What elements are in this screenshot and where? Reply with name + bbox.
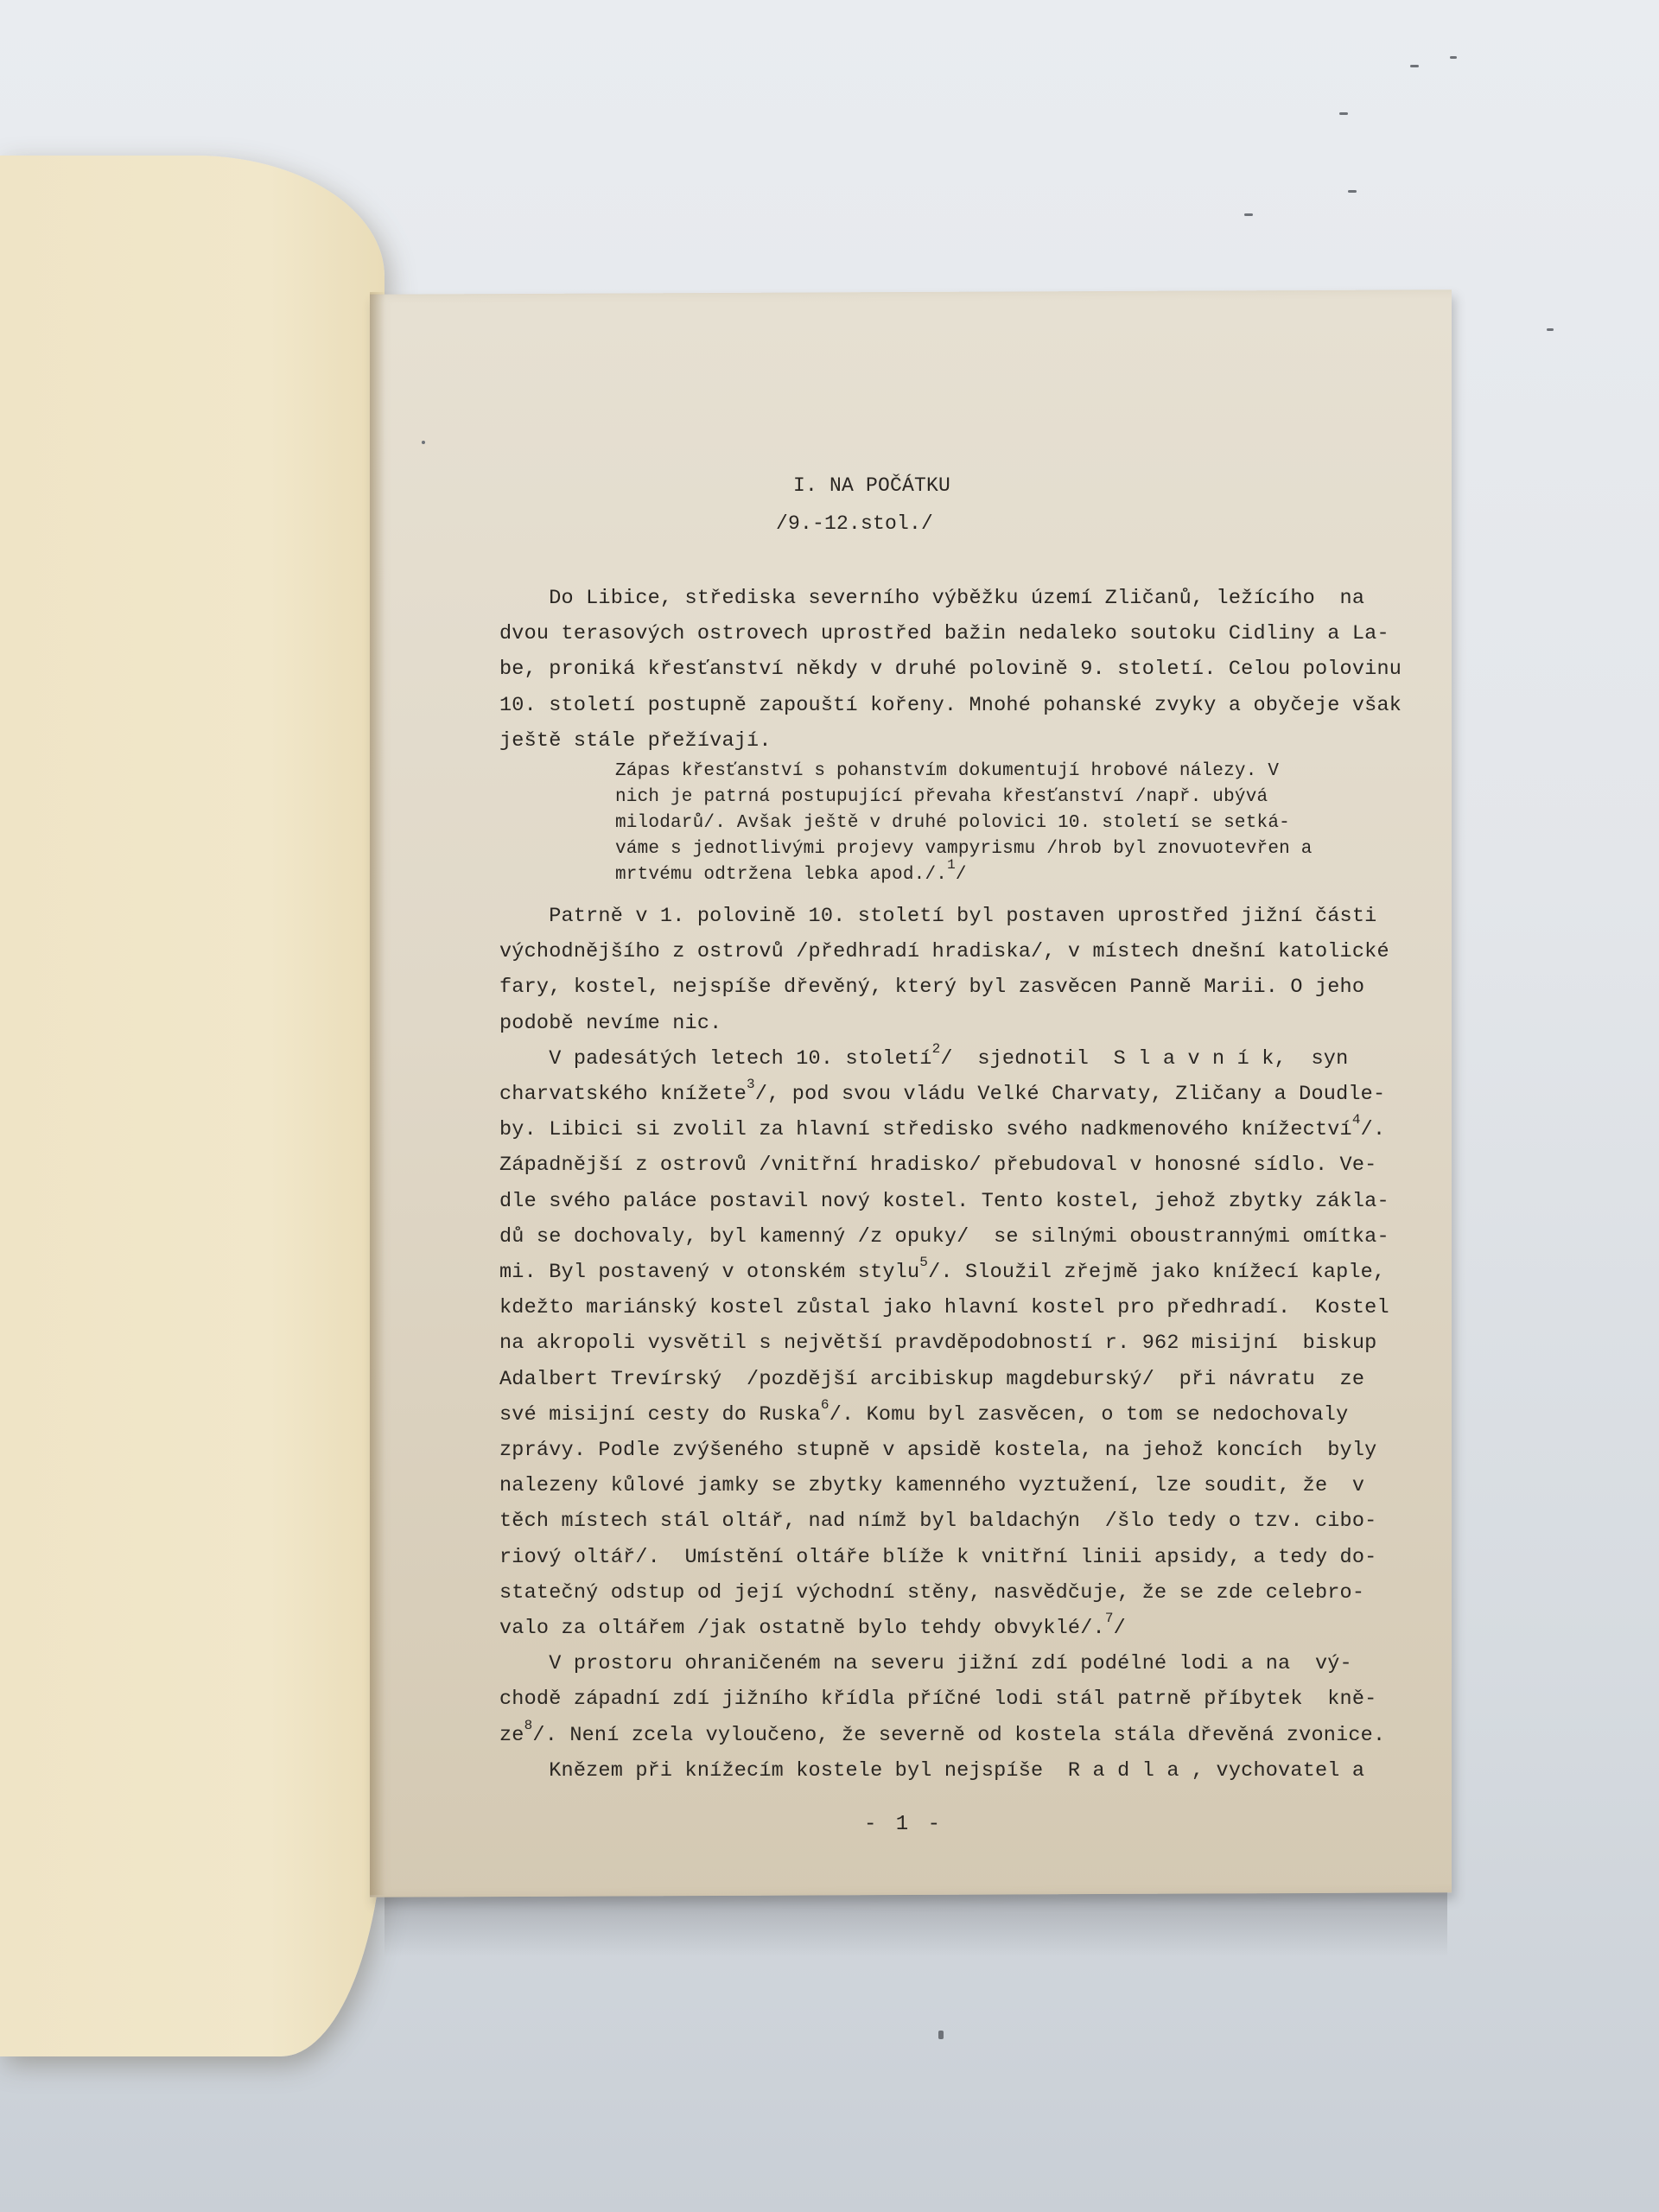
text-segment: /. Sloužil zřejmě jako knížecí kaple, (928, 1261, 1385, 1284)
text-segment: by. Libici si zvolil za hlavní středisko… (499, 1118, 1352, 1141)
indented-note: Zápas křesťanství s pohanstvím dokumentu… (615, 759, 1363, 888)
text-line: Knězem při knížecím kostele byl nejspíše… (499, 1753, 1363, 1789)
text-line: dle svého paláce postavil nový kostel. T… (499, 1184, 1363, 1219)
footnote-ref: 4 (1352, 1112, 1361, 1128)
note-line: váme s jednotlivými projevy vampyrismu /… (615, 836, 1363, 862)
paragraph-2: Patrně v 1. polovině 10. století byl pos… (499, 899, 1363, 1041)
paragraph-4: V prostoru ohraničeném na severu jižní z… (499, 1646, 1363, 1753)
text-line: na akropoli vysvětil s největší pravděpo… (499, 1325, 1363, 1361)
text-segment: / sjednotil S l a v n í k, syn (940, 1047, 1348, 1071)
text-line: východnějšího z ostrovů /předhradí hradi… (499, 934, 1363, 969)
text-line: nalezeny kůlové jamky se zbytky kamennéh… (499, 1468, 1363, 1503)
text-line: riový oltář/. Umístění oltáře blíže k vn… (499, 1540, 1363, 1575)
note-line: nich je patrná postupující převaha křesť… (615, 785, 1363, 810)
text-line: chodě západní zdí jižního křídla příčné … (499, 1681, 1363, 1717)
footnote-ref: 3 (747, 1077, 755, 1092)
book-spine-shadow (370, 292, 385, 1895)
text-line: těch místech stál oltář, nad nímž byl ba… (499, 1503, 1363, 1539)
text-line: ze8/. Není zcela vyloučeno, že severně o… (499, 1718, 1363, 1753)
text-line: 10. století postupně zapouští kořeny. Mn… (499, 688, 1363, 723)
text-line: zprávy. Podle zvýšeného stupně v apsidě … (499, 1433, 1363, 1468)
text-line: V prostoru ohraničeném na severu jižní z… (499, 1646, 1363, 1681)
text-line: statečný odstup od její východní stěny, … (499, 1575, 1363, 1611)
paragraph-5: Knězem při knížecím kostele byl nejspíše… (499, 1753, 1363, 1789)
footnote-ref: 6 (821, 1397, 829, 1413)
footnote-ref: 8 (524, 1718, 533, 1733)
surface-speck (1410, 65, 1419, 67)
text-line: Západnější z ostrovů /vnitřní hradisko/ … (499, 1147, 1363, 1183)
text-line: mi. Byl postavený v otonském stylu5/. Sl… (499, 1255, 1363, 1290)
text-line: podobě nevíme nic. (499, 1006, 1363, 1041)
text-segment: charvatského knížete (499, 1083, 747, 1106)
text-line: valo za oltářem /jak ostatně bylo tehdy … (499, 1611, 1363, 1646)
text-segment: své misijní cesty do Ruska (499, 1403, 821, 1427)
text-line: dů se dochovaly, byl kamenný /z opuky/ s… (499, 1219, 1363, 1255)
footnote-ref: 7 (1105, 1611, 1114, 1626)
text-segment: ze (499, 1724, 524, 1747)
text-segment: /. Není zcela vyloučeno, že severně od k… (532, 1724, 1385, 1747)
chapter-subtitle: /9.-12.stol./ (499, 505, 1363, 543)
typewritten-page-text: I. NA POČÁTKU /9.-12.stol./ Do Libice, s… (499, 467, 1363, 1789)
text-line: Do Libice, střediska severního výběžku ú… (499, 581, 1363, 616)
text-line: by. Libici si zvolil za hlavní středisko… (499, 1112, 1363, 1147)
text-segment: V padesátých letech 10. století (499, 1047, 932, 1071)
text-line: be, proniká křesťanství někdy v druhé po… (499, 652, 1363, 687)
text-segment: /, pod svou vládu Velké Charvaty, Zličan… (755, 1083, 1385, 1106)
text-line: ještě stále přežívají. (499, 723, 1363, 759)
surface-speck (1348, 190, 1357, 193)
note-text: mrtvému odtržena lebka apod./. (615, 865, 947, 885)
surface-speck (422, 441, 425, 444)
surface-speck (1339, 112, 1348, 115)
footnote-ref: 1 (947, 857, 956, 873)
paragraph-3: V padesátých letech 10. století2/ sjedno… (499, 1041, 1363, 1646)
chapter-title: I. NA POČÁTKU (499, 467, 1363, 505)
surface-speck (1547, 328, 1554, 331)
text-line: fary, kostel, nejspíše dřevěný, který by… (499, 969, 1363, 1005)
surface-speck (1450, 56, 1457, 59)
text-line: V padesátých letech 10. století2/ sjedno… (499, 1041, 1363, 1077)
surface-speck (938, 2031, 944, 2039)
text-segment: /. Komu byl zasvěcen, o tom se nedochova… (829, 1403, 1349, 1427)
footnote-ref: 2 (932, 1041, 941, 1057)
footnote-ref: 5 (919, 1255, 928, 1270)
text-segment: /. (1361, 1118, 1386, 1141)
text-line: Adalbert Trevírský /pozdější arcibiskup … (499, 1362, 1363, 1397)
note-line: mrtvému odtržena lebka apod./.1/ (615, 862, 1363, 888)
text-line: dvou terasových ostrovech uprostřed baži… (499, 616, 1363, 652)
page-number: - 1 - (864, 1813, 944, 1836)
text-segment: mi. Byl postavený v otonském stylu (499, 1261, 919, 1284)
text-line: Patrně v 1. polovině 10. století byl pos… (499, 899, 1363, 934)
page-drop-shadow (385, 1888, 1447, 1957)
text-line: své misijní cesty do Ruska6/. Komu byl z… (499, 1397, 1363, 1433)
left-page-verso (0, 156, 385, 2056)
text-segment: / (1114, 1617, 1126, 1640)
text-segment: valo za oltářem /jak ostatně bylo tehdy … (499, 1617, 1105, 1640)
note-line: milodarů/. Avšak ještě v druhé polovici … (615, 810, 1363, 836)
surface-speck (1244, 213, 1253, 216)
text-line: charvatského knížete3/, pod svou vládu V… (499, 1077, 1363, 1112)
note-line: Zápas křesťanství s pohanstvím dokumentu… (615, 759, 1363, 785)
text-line: kdežto mariánský kostel zůstal jako hlav… (499, 1290, 1363, 1325)
paragraph-1: Do Libice, střediska severního výběžku ú… (499, 581, 1363, 759)
